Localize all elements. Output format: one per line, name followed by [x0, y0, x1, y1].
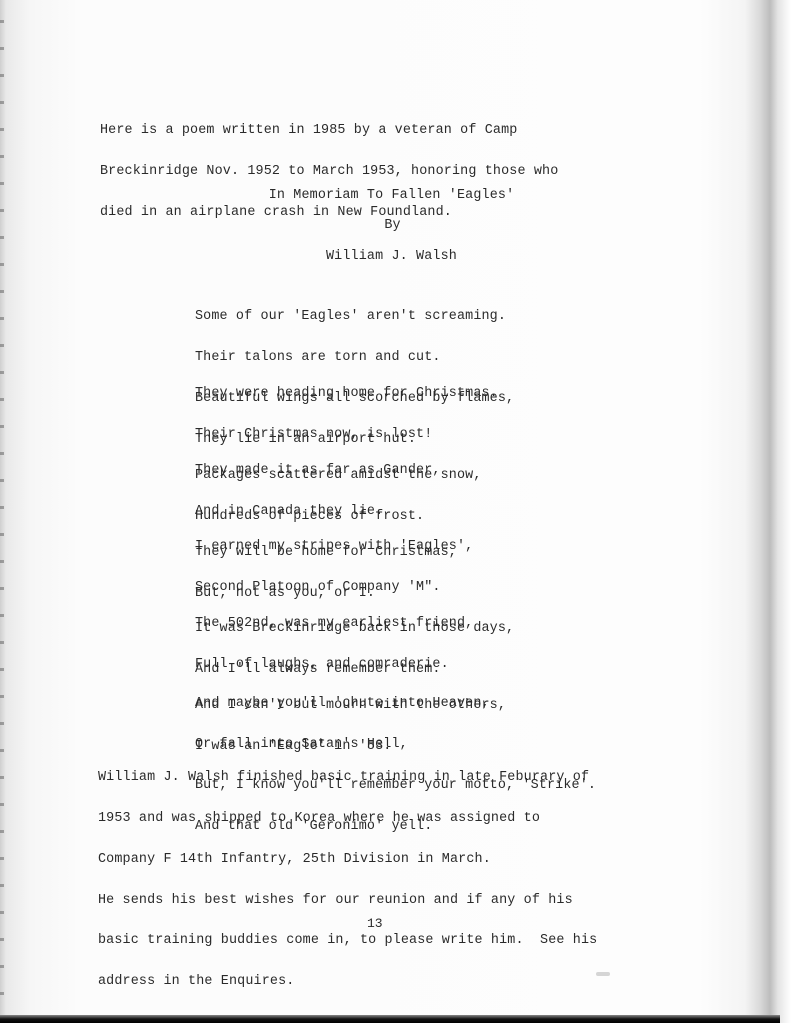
poem-line: They made it as far as Gander, [195, 464, 457, 478]
poem-byline: By [0, 219, 788, 233]
bio-line: basic training buddies come in, to pleas… [98, 934, 597, 948]
scanned-page: Here is a poem written in 1985 by a vete… [0, 0, 791, 1023]
poem-line: I earned my stripes with 'Eagles', [195, 540, 514, 554]
poem-author: William J. Walsh [0, 250, 787, 264]
poem-title: In Memoriam To Fallen 'Eagles' [0, 189, 787, 203]
bio-line: address in the Enquires. [98, 975, 597, 989]
bio-line: Company F 14th Infantry, 25th Division i… [98, 853, 597, 867]
bio-line: 1953 and was shipped to Korea where he w… [98, 812, 597, 826]
poem-line: Some of our 'Eagles' aren't screaming. [195, 310, 514, 324]
page-number: 13 [367, 916, 383, 931]
intro-line: died in an airplane crash in New Foundla… [100, 206, 558, 220]
poem-line: The 502nd, was my earliest friend, [195, 617, 506, 631]
intro-line: Breckinridge Nov. 1952 to March 1953, ho… [100, 165, 558, 179]
scan-bottom-edge [0, 1015, 780, 1023]
bio-line: William J. Walsh finished basic training… [98, 771, 597, 785]
intro-line: Here is a poem written in 1985 by a vete… [100, 124, 558, 138]
bio-line: He sends his best wishes for our reunion… [98, 894, 597, 908]
poem-line: And maybe you'll 'chute into Heaven, [195, 697, 596, 711]
author-bio-paragraph: William J. Walsh finished basic training… [98, 744, 597, 1016]
poem-line: They were heading home for Christmas. [195, 387, 498, 401]
binding-holes [0, 0, 4, 1015]
scan-speck [596, 972, 610, 976]
